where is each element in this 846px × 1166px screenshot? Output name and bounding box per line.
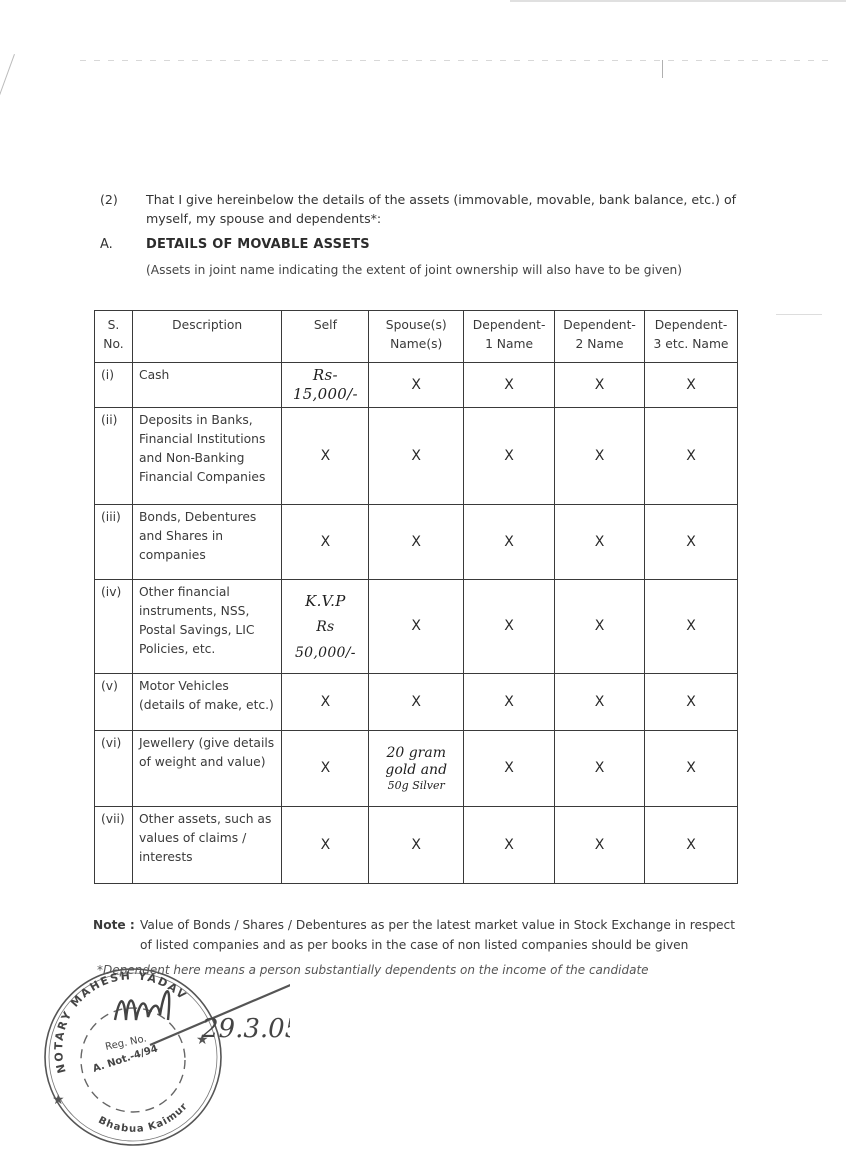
cell-spouse: X — [369, 408, 464, 505]
section-subtitle: (Assets in joint name indicating the ext… — [146, 261, 682, 280]
cell-self: K.V.P Rs 50,000/- — [282, 580, 369, 674]
cell-dependent-3: X — [645, 731, 738, 807]
signature-scribble: 29.3.05 — [110, 975, 290, 1065]
header-self: Self — [282, 311, 369, 363]
spouse-jewellery-line-2: gold and — [372, 762, 460, 779]
header-spouse: Spouse(s) Name(s) — [369, 311, 464, 363]
section-letter: A. — [100, 235, 113, 254]
note-text: Value of Bonds / Shares / Debentures as … — [140, 915, 740, 955]
self-kvp-text: K.V.P — [288, 588, 362, 614]
cell-description: Other assets, such as values of claims /… — [132, 807, 281, 884]
header-dependent-3: Dependent-3 etc. Name — [645, 311, 738, 363]
table-row: (iii) Bonds, Debentures and Shares in co… — [95, 505, 738, 580]
spouse-jewellery-line-1: 20 gram — [372, 745, 460, 762]
scan-diagonal-mark — [0, 54, 15, 148]
scan-edge-mark — [510, 0, 846, 2]
note-label: Note : — [93, 915, 135, 935]
cell-dependent-2: X — [555, 505, 645, 580]
svg-text:Bhabua Kaimur: Bhabua Kaimur — [96, 1101, 190, 1135]
cell-spouse: X — [369, 505, 464, 580]
cell-description: Motor Vehicles (details of make, etc.) — [132, 674, 281, 731]
paragraph-text: That I give hereinbelow the details of t… — [146, 190, 746, 228]
table-row: (i) Cash Rs-15,000/- X X X X — [95, 363, 738, 408]
cell-sno: (iv) — [95, 580, 133, 674]
cell-self: X — [282, 505, 369, 580]
table-row: (vii) Other assets, such as values of cl… — [95, 807, 738, 884]
cell-dependent-2: X — [555, 731, 645, 807]
table-row: (ii) Deposits in Banks, Financial Instit… — [95, 408, 738, 505]
cell-dependent-1: X — [464, 580, 555, 674]
cell-self: X — [282, 807, 369, 884]
cell-description: Jewellery (give details of weight and va… — [132, 731, 281, 807]
paragraph-number: (2) — [100, 190, 118, 209]
cell-sno: (i) — [95, 363, 133, 408]
cell-description: Deposits in Banks, Financial Institution… — [132, 408, 281, 505]
cell-dependent-1: X — [464, 807, 555, 884]
cell-sno: (iii) — [95, 505, 133, 580]
cell-dependent-1: X — [464, 408, 555, 505]
cell-dependent-1: X — [464, 363, 555, 408]
cell-spouse: 20 gram gold and 50g Silver — [369, 731, 464, 807]
cell-dependent-3: X — [645, 674, 738, 731]
cell-spouse: X — [369, 363, 464, 408]
table-row: (vi) Jewellery (give details of weight a… — [95, 731, 738, 807]
cell-dependent-2: X — [555, 363, 645, 408]
cell-dependent-3: X — [645, 408, 738, 505]
self-kvp-amount: Rs 50,000/- — [288, 614, 362, 666]
cell-description: Other financial instruments, NSS, Postal… — [132, 580, 281, 674]
cell-dependent-3: X — [645, 580, 738, 674]
section-title: DETAILS OF MOVABLE ASSETS — [146, 235, 370, 254]
cell-dependent-2: X — [555, 580, 645, 674]
cell-dependent-3: X — [645, 505, 738, 580]
cell-dependent-2: X — [555, 674, 645, 731]
cell-self: X — [282, 408, 369, 505]
scan-dash-line — [80, 60, 830, 61]
cell-spouse: X — [369, 674, 464, 731]
cell-self: Rs-15,000/- — [282, 363, 369, 408]
header-sno: S. No. — [95, 311, 133, 363]
cell-dependent-3: X — [645, 807, 738, 884]
cell-dependent-3: X — [645, 363, 738, 408]
table-row: (iv) Other financial instruments, NSS, P… — [95, 580, 738, 674]
cell-description: Cash — [132, 363, 281, 408]
table-header-row: S. No. Description Self Spouse(s) Name(s… — [95, 311, 738, 363]
header-description: Description — [132, 311, 281, 363]
spouse-jewellery-line-3: 50g Silver — [372, 779, 460, 793]
cell-dependent-1: X — [464, 731, 555, 807]
table-row: (v) Motor Vehicles (details of make, etc… — [95, 674, 738, 731]
cell-spouse: X — [369, 807, 464, 884]
cell-spouse: X — [369, 580, 464, 674]
cell-sno: (ii) — [95, 408, 133, 505]
header-dependent-1: Dependent-1 Name — [464, 311, 555, 363]
signature-date: 29.3.05 — [201, 1014, 290, 1044]
cell-description: Bonds, Debentures and Shares in companie… — [132, 505, 281, 580]
cell-self: X — [282, 731, 369, 807]
scan-tick-mark — [662, 60, 663, 78]
cell-dependent-1: X — [464, 674, 555, 731]
cell-sno: (v) — [95, 674, 133, 731]
cell-dependent-2: X — [555, 408, 645, 505]
cell-sno: (vii) — [95, 807, 133, 884]
cell-dependent-1: X — [464, 505, 555, 580]
svg-text:★: ★ — [52, 1092, 65, 1108]
movable-assets-table: S. No. Description Self Spouse(s) Name(s… — [94, 310, 738, 884]
cell-dependent-2: X — [555, 807, 645, 884]
scan-margin-dash — [776, 314, 822, 315]
header-dependent-2: Dependent-2 Name — [555, 311, 645, 363]
cell-sno: (vi) — [95, 731, 133, 807]
cell-self: X — [282, 674, 369, 731]
